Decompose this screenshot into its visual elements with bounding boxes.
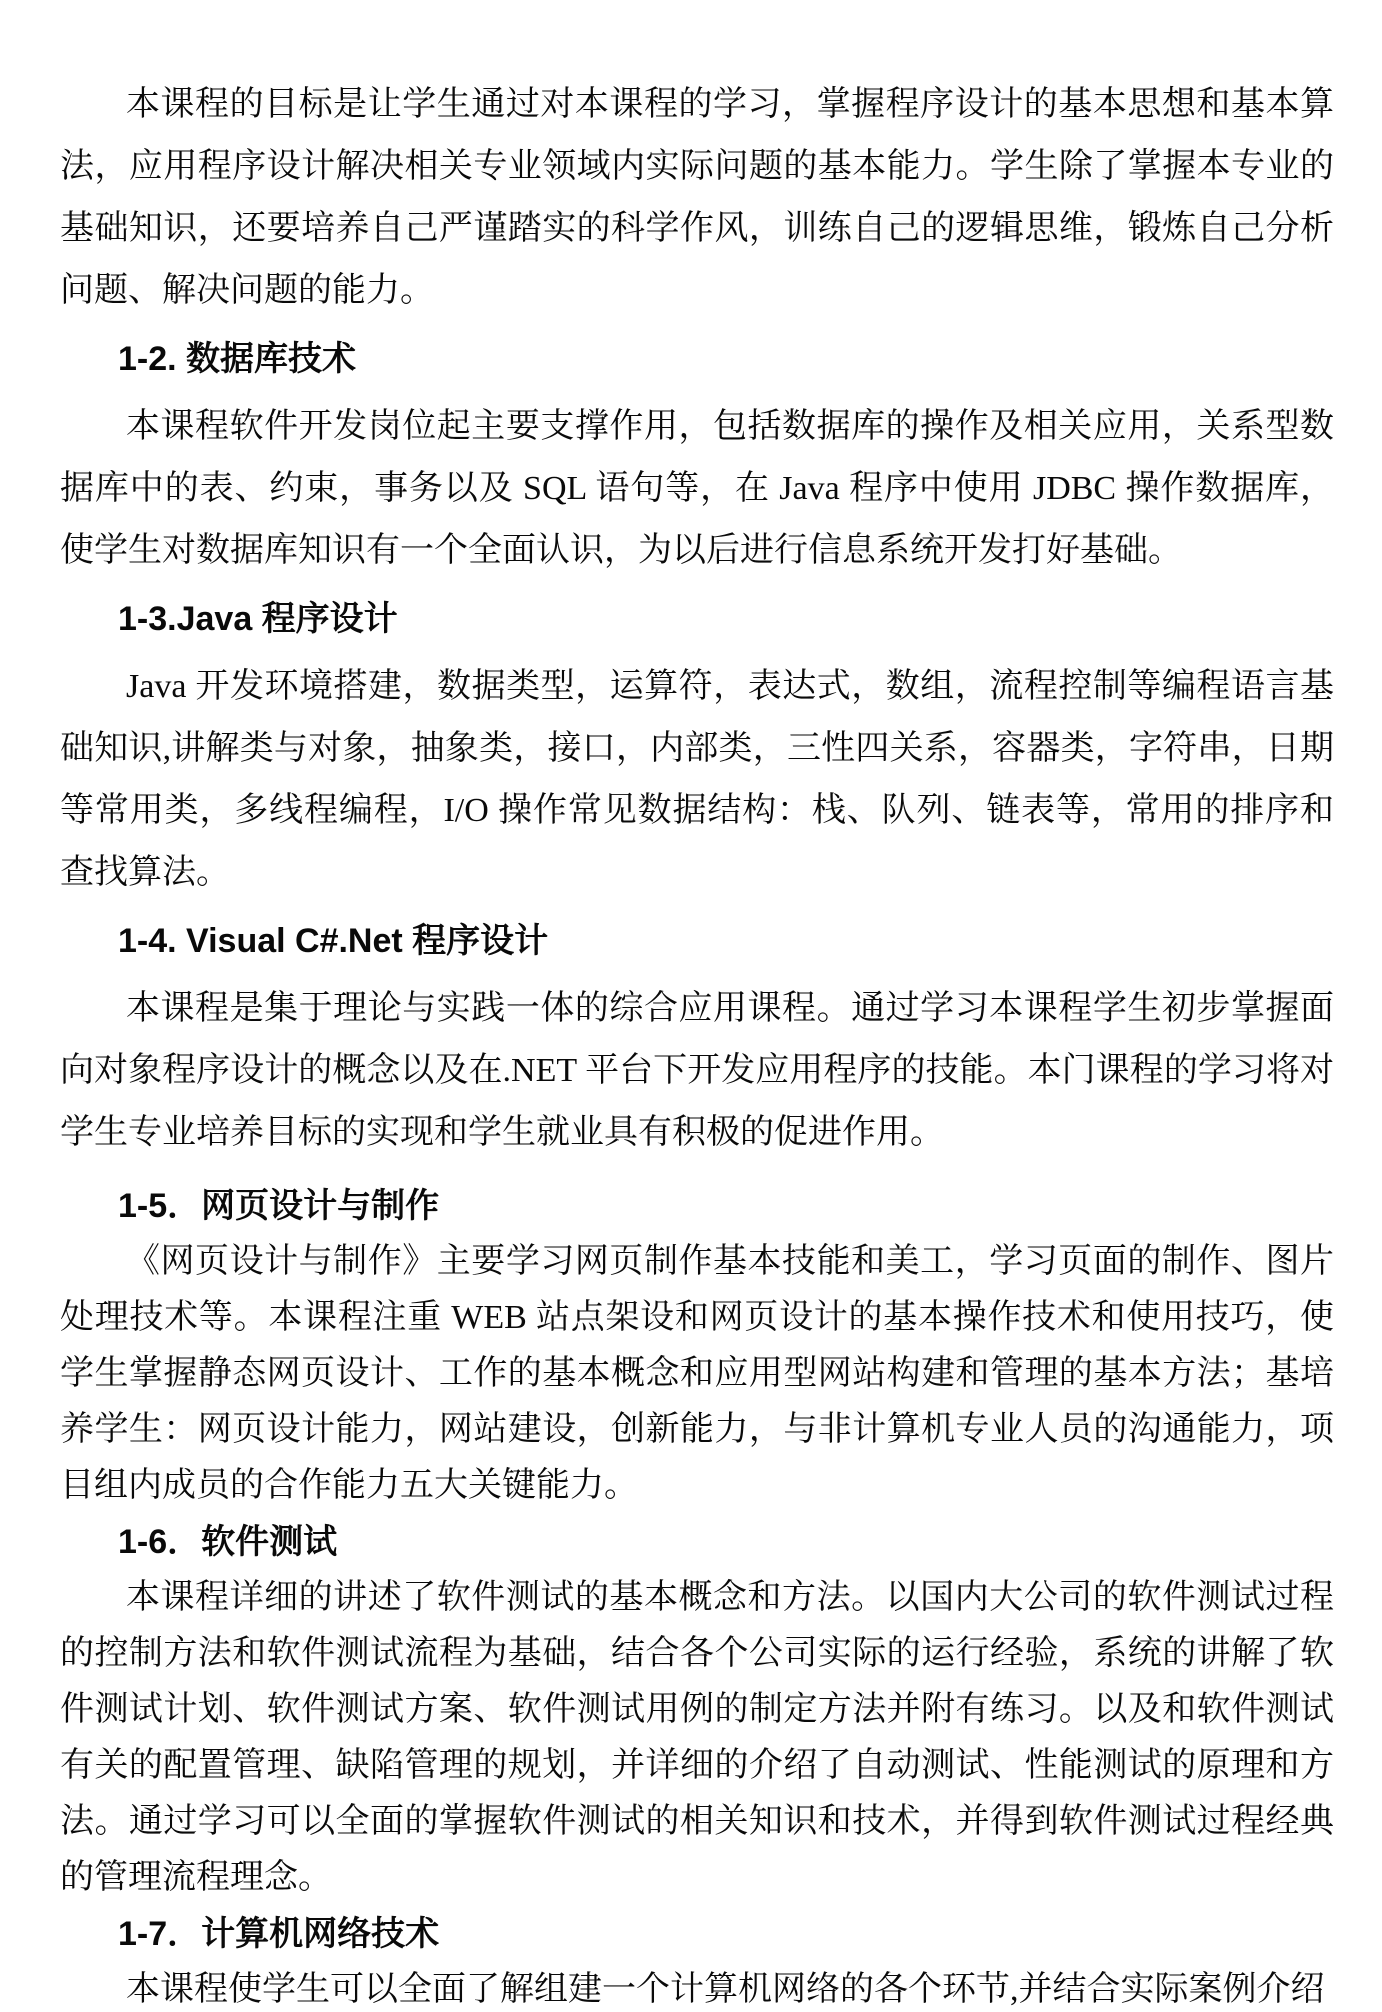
section-web-design: 1-5．网页设计与制作 《网页设计与制作》主要学习网页制作基本技能和美工，学习页…: [60, 1178, 1334, 1514]
section-csharp-net: 1-4. Visual C#.Net 程序设计 本课程是集于理论与实践一体的综合…: [60, 910, 1334, 1164]
section-heading: 1-2. 数据库技术: [60, 328, 1334, 390]
section-heading: 1-5．网页设计与制作: [60, 1178, 1334, 1234]
section-database-tech: 1-2. 数据库技术 本课程软件开发岗位起主要支撑作用，包括数据库的操作及相关应…: [60, 328, 1334, 582]
section-body: Java 开发环境搭建，数据类型，运算符，表达式，数组，流程控制等编程语言基础知…: [60, 656, 1334, 904]
section-software-testing: 1-6．软件测试 本课程详细的讲述了软件测试的基本概念和方法。以国内大公司的软件…: [60, 1514, 1334, 1906]
section-java: 1-3.Java 程序设计 Java 开发环境搭建，数据类型，运算符，表达式，数…: [60, 588, 1334, 904]
section-body: 本课程详细的讲述了软件测试的基本概念和方法。以国内大公司的软件测试过程的控制方法…: [60, 1570, 1334, 1906]
section-heading: 1-7．计算机网络技术: [60, 1906, 1334, 1962]
section-body: 《网页设计与制作》主要学习网页制作基本技能和美工，学习页面的制作、图片处理技术等…: [60, 1234, 1334, 1514]
section-heading: 1-4. Visual C#.Net 程序设计: [60, 910, 1334, 972]
document-page: 本课程的目标是让学生通过对本课程的学习，掌握程序设计的基本思想和基本算法，应用程…: [0, 0, 1382, 2012]
section-body: 本课程软件开发岗位起主要支撑作用，包括数据库的操作及相关应用，关系型数据库中的表…: [60, 396, 1334, 582]
section-computer-network: 1-7．计算机网络技术 本课程使学生可以全面了解组建一个计算机网络的各个环节,并…: [60, 1906, 1334, 2012]
section-body: 本课程使学生可以全面了解组建一个计算机网络的各个环节,并结合实际案例介绍: [60, 1962, 1334, 2012]
section-body: 本课程是集于理论与实践一体的综合应用课程。通过学习本课程学生初步掌握面向对象程序…: [60, 978, 1334, 1164]
section-heading: 1-3.Java 程序设计: [60, 588, 1334, 650]
intro-paragraph: 本课程的目标是让学生通过对本课程的学习，掌握程序设计的基本思想和基本算法，应用程…: [60, 74, 1334, 322]
section-heading: 1-6．软件测试: [60, 1514, 1334, 1570]
